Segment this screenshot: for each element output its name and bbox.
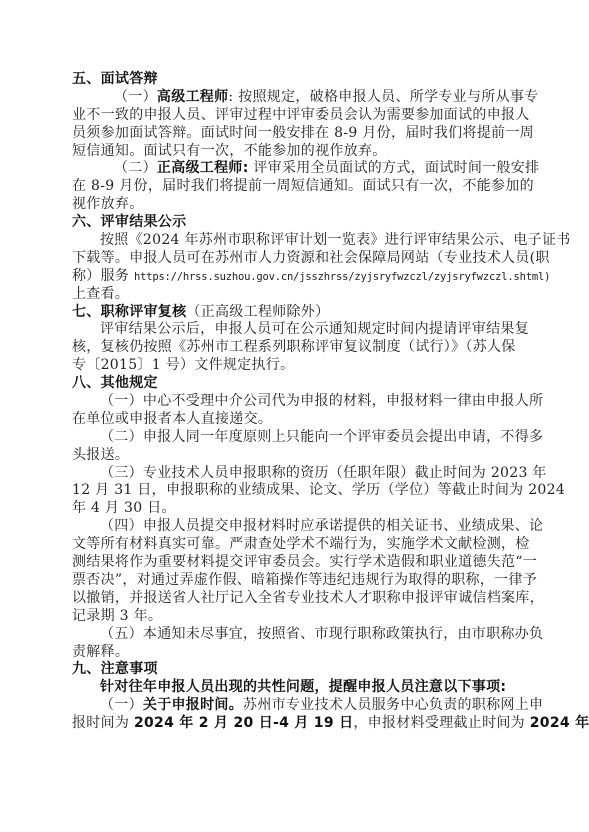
section-heading-notes: 九、注意事项 xyxy=(72,661,518,679)
text-line: （五）本通知未尽事宜，按照省、市现行职称政策执行，由市职称办负 xyxy=(72,626,518,644)
label-professor-engineer: 正高级工程师: xyxy=(157,160,249,176)
text-line: 专〔2015〕1 号）文件规定执行。 xyxy=(72,357,518,375)
text-line: 短信通知。面试只有一次，不能参加的视作放弃。 xyxy=(72,143,518,161)
results-url-link[interactable]: https://hrss.suzhou.gov.cn/jsszhrss/zyjs… xyxy=(134,271,550,283)
section-heading-results: 六、评审结果公示 xyxy=(72,214,518,232)
text-line: （一）中心不受理中介公司代为申报的材料，申报材料一律由申报人所 xyxy=(72,393,518,411)
text-line: 在单位或申报者本人直接递交。 xyxy=(72,411,518,429)
paragraph-senior-engineer: （一）高级工程师: 按照规定，破格申报人员、所学专业与所从事专 xyxy=(72,89,518,107)
text-line: 核，复核仍按照《苏州市工程系列职称评审复议制度（试行）》（苏人保 xyxy=(72,339,518,357)
text-line: 称）服务 https://hrss.suzhou.gov.cn/jsszhrss… xyxy=(72,268,518,286)
label-senior-engineer: 高级工程师 xyxy=(157,89,229,105)
text-line: 按照《2024 年苏州市职称评审计划一览表》进行评审结果公示、电子证书 xyxy=(72,232,518,250)
text-line: （二）申报人同一年度原则上只能向一个评审委员会提出申请，不得多 xyxy=(72,429,518,447)
text-line: 文等所有材料真实可靠。严肃查处学术不端行为，实施学术文献检测，检 xyxy=(72,536,518,554)
text-line: 12 月 31 日，申报职称的业绩成果、论文、学历（学位）等截止时间为 2024 xyxy=(72,482,518,500)
text-line: 下载等。申报人员可在苏州市人力资源和社会保障局网站（专业技术人员(职 xyxy=(72,250,518,268)
text-line: 报时间为 2024 年 2 月 20 日-4 月 19 日，申报材料受理截止时间… xyxy=(72,715,518,733)
text-line: 以撤销，并报送省人社厅记入全省专业技术人才职称申报评审诚信档案库， xyxy=(72,590,518,608)
text-line: 责解释。 xyxy=(72,644,518,662)
text-line: 视作放弃。 xyxy=(72,196,518,214)
section-heading-other: 八、其他规定 xyxy=(72,375,518,393)
section-heading-review: 七、职称评审复核（正高级工程师除外） xyxy=(72,304,518,322)
text-line: （三）专业技术人员申报职称的资历（任职年限）截止时间为 2023 年 xyxy=(72,465,518,483)
document-page: 五、面试答辩 （一）高级工程师: 按照规定，破格申报人员、所学专业与所从事专 业… xyxy=(72,71,518,733)
text-line: 年 4 月 30 日。 xyxy=(72,500,518,518)
notes-intro: 针对往年申报人员出现的共性问题，提醒申报人员注意以下事项: xyxy=(72,679,518,697)
text-line: 评审结果公示后，申报人员可在公示通知规定时间内提请评审结果复 xyxy=(72,321,518,339)
note-item-application-time: （一）关于申报时间。苏州市专业技术人员服务中心负责的职称网上申 xyxy=(72,697,518,715)
text-line: 票否决”，对通过弄虚作假、暗箱操作等违纪违规行为取得的职称，一律予 xyxy=(72,572,518,590)
text-line: 在 8-9 月份，届时我们将提前一周短信通知。面试只有一次，不能参加的 xyxy=(72,178,518,196)
text-line: 业不一致的申报人员、评审过程中评审委员会认为需要参加面试的申报人 xyxy=(72,107,518,125)
text-line: 测结果将作为重要材料提交评审委员会。实行学术造假和职业道德失范“一 xyxy=(72,554,518,572)
paragraph-professor-engineer: （二）正高级工程师: 评审采用全员面试的方式，面试时间一般安排 xyxy=(72,160,518,178)
text-line: （四）申报人员提交申报材料时应承诺提供的相关证书、业绩成果、论 xyxy=(72,518,518,536)
section-heading-interview: 五、面试答辩 xyxy=(72,71,518,89)
application-period: 2024 年 2 月 20 日-4 月 19 日 xyxy=(134,715,353,731)
text-line: 记录期 3 年。 xyxy=(72,608,518,626)
text-line: 员须参加面试答辩。面试时间一般安排在 8-9 月份，届时我们将提前一周 xyxy=(72,125,518,143)
text-line: 上查看。 xyxy=(72,286,518,304)
text-line: 头报送。 xyxy=(72,447,518,465)
